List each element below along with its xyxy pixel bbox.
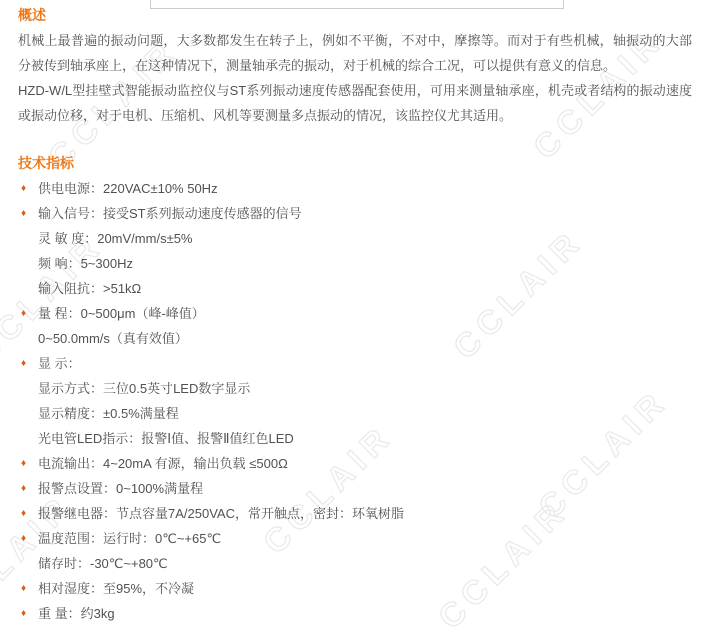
spec-item-text: 温度范围：运行时：0℃~+65℃ bbox=[38, 531, 221, 546]
spec-item: ♦ 温度范围：运行时：0℃~+65℃ bbox=[18, 526, 692, 551]
diamond-bullet-icon: ♦ bbox=[21, 451, 26, 476]
spec-item: 频 响：5~300Hz bbox=[18, 251, 692, 276]
diamond-bullet-icon: ♦ bbox=[21, 476, 26, 501]
spec-list: ♦ 供电电源：220VAC±10% 50Hz ♦ 输入信号：接受ST系列振动速度… bbox=[18, 176, 692, 626]
spec-item: ♦ 报警点设置：0~100%满量程 bbox=[18, 476, 692, 501]
spec-item-text: 显示方式：三位0.5英寸LED数字显示 bbox=[38, 381, 250, 396]
spec-item-text: 储存时：-30℃~+80℃ bbox=[38, 556, 168, 571]
spec-item: 0~50.0mm/s（真有效值） bbox=[18, 326, 692, 351]
page: CCLAIR CCLAIR CCLAIR CCLAIR CCLAIR CCLAI… bbox=[0, 0, 704, 632]
spec-item-text: 显示精度：±0.5%满量程 bbox=[38, 406, 179, 421]
spec-item: 显示方式：三位0.5英寸LED数字显示 bbox=[18, 376, 692, 401]
spec-item-text: 报警继电器：节点容量7A/250VAC，常开触点，密封：环氧树脂 bbox=[38, 506, 404, 521]
spec-item: ♦ 报警继电器：节点容量7A/250VAC，常开触点，密封：环氧树脂 bbox=[18, 501, 692, 526]
spec-item: ♦ 重 量：约3kg bbox=[18, 601, 692, 626]
diamond-bullet-icon: ♦ bbox=[21, 176, 26, 201]
document-body: 概述 机械上最普遍的振动问题，大多数都发生在转子上，例如不平衡，不对中，摩擦等。… bbox=[0, 6, 704, 626]
diamond-bullet-icon: ♦ bbox=[21, 501, 26, 526]
spec-item: 显示精度：±0.5%满量程 bbox=[18, 401, 692, 426]
diamond-bullet-icon: ♦ bbox=[21, 601, 26, 626]
diamond-bullet-icon: ♦ bbox=[21, 576, 26, 601]
spec-item-text: 量 程：0~500μm（峰-峰值） bbox=[38, 306, 205, 321]
spec-item: ♦ 相对湿度：至95%，不冷凝 bbox=[18, 576, 692, 601]
spec-item: 输入阻抗：>51kΩ bbox=[18, 276, 692, 301]
spec-item: ♦ 量 程：0~500μm（峰-峰值） bbox=[18, 301, 692, 326]
spec-item-text: 输入阻抗：>51kΩ bbox=[38, 281, 141, 296]
spec-item-text: 0~50.0mm/s（真有效值） bbox=[38, 331, 188, 346]
diamond-bullet-icon: ♦ bbox=[21, 526, 26, 551]
diamond-bullet-icon: ♦ bbox=[21, 351, 26, 376]
spec-item-text: 电流输出：4~20mA 有源，输出负载 ≤500Ω bbox=[38, 456, 288, 471]
spec-item-text: 输入信号：接受ST系列振动速度传感器的信号 bbox=[38, 206, 302, 221]
spec-item-text: 重 量：约3kg bbox=[38, 606, 115, 621]
spec-item-text: 报警点设置：0~100%满量程 bbox=[38, 481, 203, 496]
spec-item: 光电管LED指示：报警Ⅰ值、报警Ⅱ值红色LED bbox=[18, 426, 692, 451]
spec-item-text: 光电管LED指示：报警Ⅰ值、报警Ⅱ值红色LED bbox=[38, 431, 294, 446]
spec-item-text: 频 响：5~300Hz bbox=[38, 256, 133, 271]
spec-item-text: 相对湿度：至95%，不冷凝 bbox=[38, 581, 194, 596]
spec-item: 储存时：-30℃~+80℃ bbox=[18, 551, 692, 576]
spec-item: ♦ 输入信号：接受ST系列振动速度传感器的信号 bbox=[18, 201, 692, 226]
section-title-specs: 技术指标 bbox=[18, 154, 692, 172]
spec-item-text: 灵 敏 度：20mV/mm/s±5% bbox=[38, 231, 193, 246]
section-title-overview: 概述 bbox=[18, 6, 692, 24]
spec-item: 灵 敏 度：20mV/mm/s±5% bbox=[18, 226, 692, 251]
spec-item: ♦ 显 示： bbox=[18, 351, 692, 376]
spec-item: ♦ 电流输出：4~20mA 有源，输出负载 ≤500Ω bbox=[18, 451, 692, 476]
spec-item-text: 显 示： bbox=[38, 356, 81, 371]
diamond-bullet-icon: ♦ bbox=[21, 201, 26, 226]
overview-paragraph: HZD-W/L型挂壁式智能振动监控仪与ST系列振动速度传感器配套使用，可用来测量… bbox=[18, 78, 692, 128]
spec-item-text: 供电电源：220VAC±10% 50Hz bbox=[38, 181, 218, 196]
diamond-bullet-icon: ♦ bbox=[21, 301, 26, 326]
overview-paragraph: 机械上最普遍的振动问题，大多数都发生在转子上，例如不平衡，不对中，摩擦等。而对于… bbox=[18, 28, 692, 78]
spec-item: ♦ 供电电源：220VAC±10% 50Hz bbox=[18, 176, 692, 201]
